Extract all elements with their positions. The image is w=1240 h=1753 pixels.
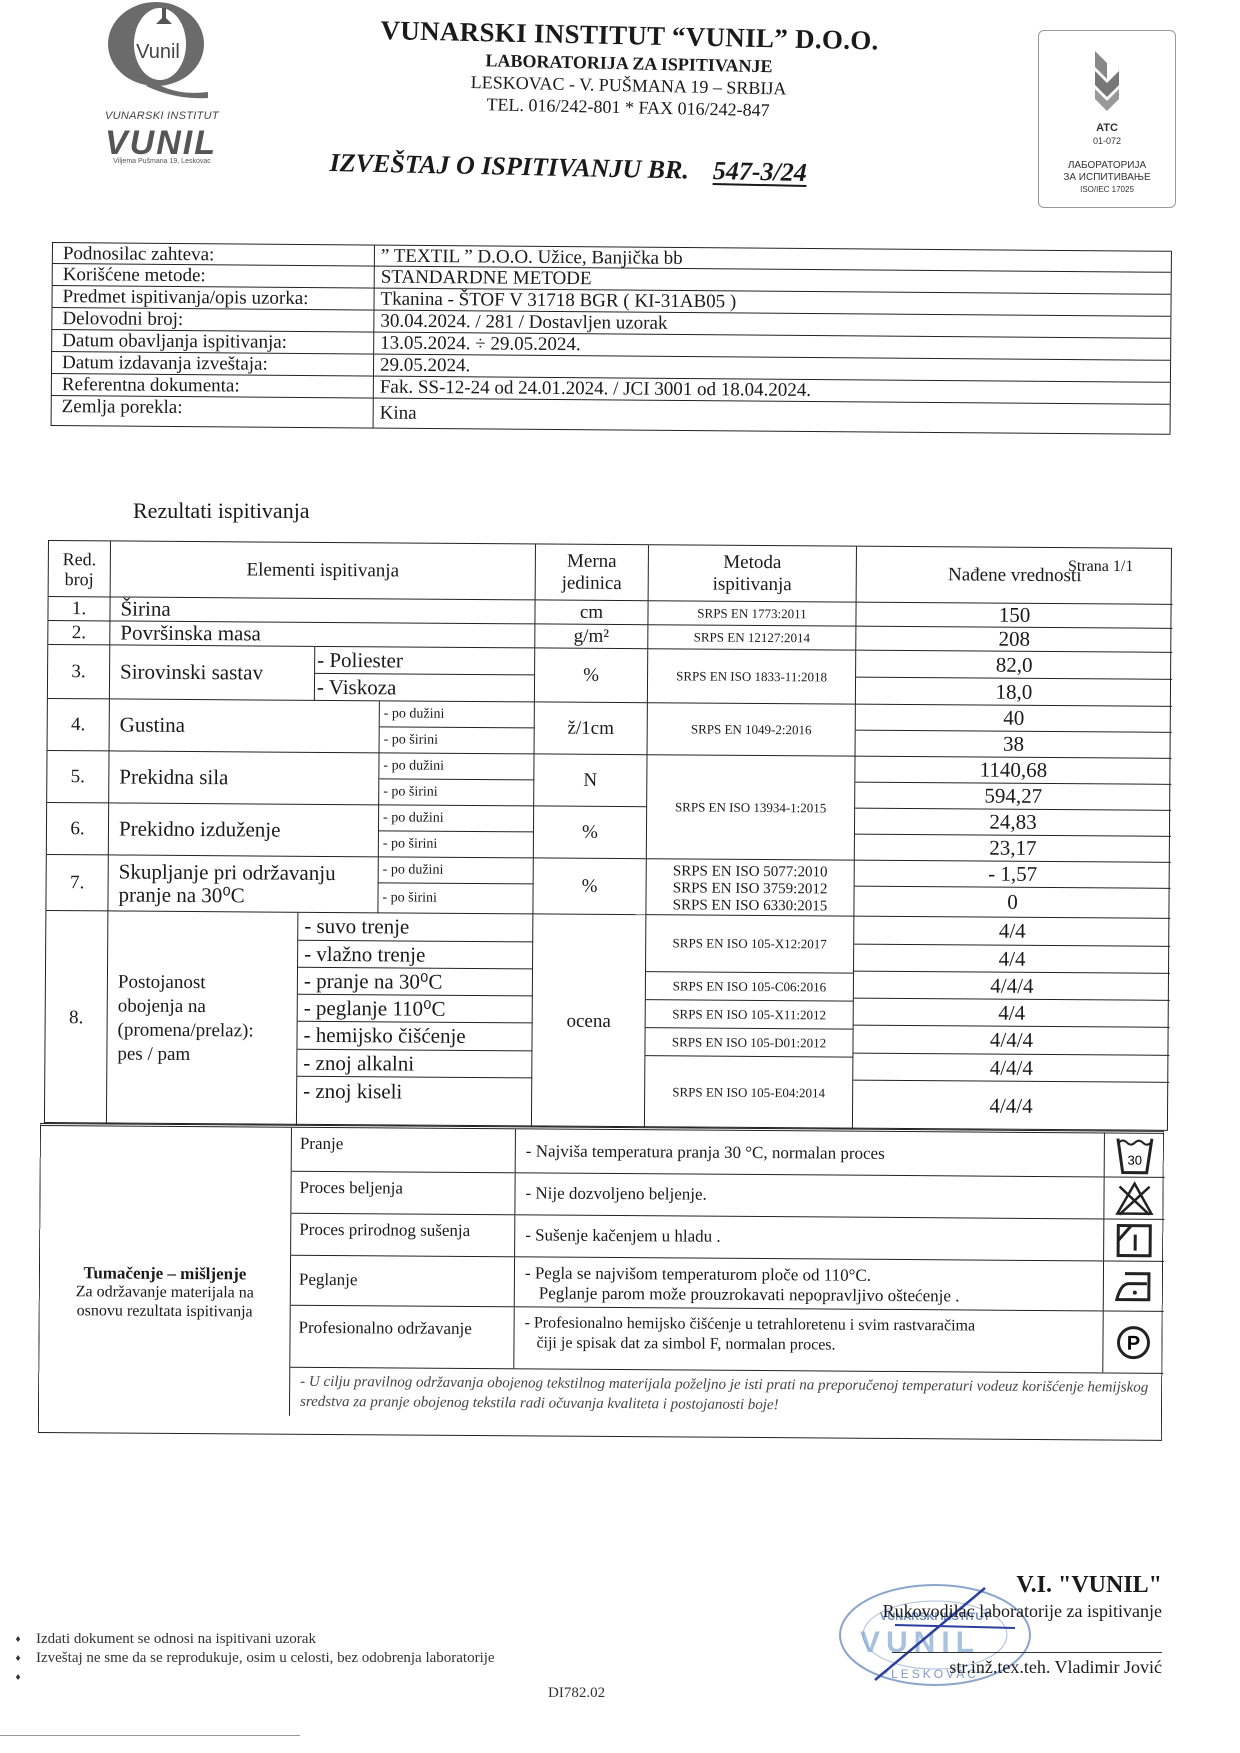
method-cell: SRPS EN 12127:2014 <box>648 625 856 650</box>
value-cell: 208 <box>856 627 1172 653</box>
unit-cell: % <box>535 648 648 703</box>
row-no: 6. <box>47 803 109 855</box>
row-sub: - vlažno trenje <box>298 941 533 970</box>
interpretation-title: Tumačenje – mišljenje <box>84 1263 247 1283</box>
row-sub: - Viskoza <box>315 674 535 703</box>
row-no: 2. <box>48 621 110 645</box>
value-cell: 40 <box>856 705 1172 733</box>
value-cell: 4/4/4 <box>853 1026 1169 1056</box>
signature-org: V.I. "VUNIL" <box>862 1572 1162 1599</box>
row-name: Površinska masa <box>110 621 535 648</box>
row-name: Prekidna sila <box>109 751 379 805</box>
results-table: Red. broj Elementi ispitivanja Merna jed… <box>44 540 1172 1131</box>
row-no: 5. <box>47 751 109 803</box>
request-info-table: Podnosilac zahteva:” TEXTIL ” D.O.O. Uži… <box>51 242 1172 435</box>
header-element: Elementi ispitivanja <box>111 541 536 600</box>
row-sub: - po širini <box>379 831 534 858</box>
value-cell: 0 <box>854 887 1170 919</box>
atc-code: 01-072 <box>1039 136 1175 146</box>
care-text-line: čiji je spisak dat za simbol F, normalan… <box>524 1333 1092 1357</box>
row-sub: - suvo trenje <box>298 913 533 943</box>
value-cell: 24,83 <box>855 809 1171 837</box>
row-sub: - Poliester <box>315 647 535 676</box>
svg-text:P: P <box>1127 1332 1140 1354</box>
atc-standard: ISO/IEC 17025 <box>1039 184 1175 196</box>
line-dry-shade-icon <box>1104 1219 1164 1260</box>
diamond-bullet-icon: ♦ <box>0 1634 36 1645</box>
value-cell: - 1,57 <box>855 861 1171 889</box>
atc-name: ATC <box>1039 122 1175 134</box>
dry-clean-p-icon: P <box>1103 1311 1163 1372</box>
no-bleach-icon <box>1104 1177 1164 1218</box>
info-label: Datum obavljanja ispitivanja: <box>51 330 374 354</box>
method-line: SRPS EN ISO 3759:2012 <box>673 880 828 898</box>
method-cell: SRPS EN ISO 105-C06:2016 <box>646 972 854 1001</box>
header-unit: Merna jedinica <box>536 544 649 601</box>
signature-role: Rukovodilac laboratorije za ispitivanje <box>862 1601 1162 1622</box>
care-label: Profesionalno održavanje <box>289 1306 514 1369</box>
row-name-line: pranje na 30⁰C <box>118 883 244 907</box>
value-cell: 4/4/4 <box>853 1054 1169 1083</box>
organization-header: VUNARSKI INSTITUT “VUNIL” D.O.O. LABORAT… <box>328 14 930 125</box>
footer-note: ♦Izveštaj ne sme da se reprodukuje, osim… <box>0 1649 700 1668</box>
method-cell: SRPS EN 1773:2011 <box>648 601 856 626</box>
report-number: 547-3/24 <box>689 156 811 188</box>
row-name-line: obojenja na <box>118 994 206 1019</box>
method-cell: SRPS EN ISO 5077:2010 SRPS EN ISO 3759:2… <box>646 859 854 916</box>
interpretation-subtitle: osnovu rezultata ispitivanja <box>77 1301 253 1321</box>
unit-cell: % <box>533 858 646 915</box>
row-no: 1. <box>48 597 110 621</box>
row-no: 7. <box>46 855 108 911</box>
unit-cell: ocena <box>532 914 646 1128</box>
unit-cell: N <box>534 754 647 807</box>
row-sub: - po širini <box>380 727 535 754</box>
care-text: - Sušenje kačenjem u hladu . <box>515 1215 1104 1260</box>
row-sub: - po dužini <box>380 701 535 728</box>
logo-address: Viljema Pušmana 19, Leskovac <box>92 158 232 165</box>
header-no: Red. broj <box>49 541 111 597</box>
value-cell: 4/4 <box>854 917 1170 947</box>
header-value: Nađene vrednosti <box>857 547 1173 605</box>
care-label: Proces beljenja <box>290 1172 515 1215</box>
care-text: - Pegla se najvišom temperaturom ploče o… <box>515 1257 1104 1310</box>
unit-cell: g/m² <box>535 624 648 649</box>
row-name-line: (promena/prelaz): <box>117 1018 253 1043</box>
info-label: Referentna dokumenta: <box>51 374 374 398</box>
care-row-professional: Profesionalno održavanje - Profesionalno… <box>289 1306 1163 1374</box>
row-name: Prekidno izduženje <box>109 803 379 857</box>
row-sub: - po širini <box>378 883 533 914</box>
unit-cell: % <box>534 806 647 859</box>
footer-note-text: Izdati dokument se odnosi na ispitivani … <box>36 1631 316 1648</box>
value-cell: 18,0 <box>856 678 1172 707</box>
care-row-drying: Proces prirodnog sušenja - Sušenje kačen… <box>290 1214 1164 1262</box>
care-row-bleaching: Proces beljenja - Nije dozvoljeno beljen… <box>290 1172 1164 1220</box>
unit-cell: cm <box>535 600 648 625</box>
institute-logo-q-icon: Vunil <box>96 0 216 100</box>
atc-lab: ЛАБОРАТОРИЈА ЗА ИСПИТИВАЊЕ ISO/IEC 17025 <box>1039 160 1175 196</box>
row-name: Gustina <box>110 699 380 753</box>
diamond-bullet-icon: ♦ <box>0 1672 36 1683</box>
atc-lab-line1: ЛАБОРАТОРИЈА <box>1039 160 1175 172</box>
info-label: Podnosilac zahteva: <box>52 243 375 266</box>
row-sub: - znoj alkalni <box>297 1050 532 1079</box>
row-sub: - po dužini <box>379 805 534 832</box>
report-title-prefix: IZVEŠTAJ O ISPITIVANJU BR. <box>329 148 689 185</box>
row-name-line: Skupljanje pri održavanju <box>119 860 336 885</box>
value-cell: 4/4 <box>854 945 1170 974</box>
document-code: DI782.02 <box>548 1685 605 1702</box>
method-cell: SRPS EN 1049-2:2016 <box>648 703 856 756</box>
footer-note: ♦Izdati dokument se odnosi na ispitivani… <box>0 1630 700 1649</box>
row-name: Skupljanje pri održavanju pranje na 30⁰C <box>108 855 378 913</box>
interpretation-subtitle: Za održavanje materijala na <box>76 1282 254 1302</box>
svg-text:30: 30 <box>1127 1152 1142 1167</box>
value-cell: 23,17 <box>855 835 1171 863</box>
row-name-line: Postojanost <box>118 970 206 995</box>
row-no: 8. <box>45 911 108 1124</box>
info-label: Delovodni broj: <box>51 308 374 332</box>
method-cell: SRPS EN ISO 105-X11:2012 <box>646 1000 854 1029</box>
signature-block: V.I. "VUNIL" Rukovodilac laboratorije za… <box>862 1572 1162 1678</box>
method-cell: SRPS EN ISO 105-X12:2017 <box>646 915 854 973</box>
signature-name: str.inž.tex.teh. Vladimir Jović <box>862 1657 1162 1678</box>
info-label: Datum izdavanja izveštaja: <box>51 352 374 376</box>
row-sub: - po dužini <box>379 857 534 884</box>
method-line: SRPS EN ISO 6330:2015 <box>673 897 828 915</box>
value-cell: 82,0 <box>856 651 1172 680</box>
row-sub: - hemijsko čišćenje <box>297 1022 532 1052</box>
info-label: Zemlja porekla: <box>51 396 374 428</box>
row-sub: - znoj kiseli <box>297 1077 532 1128</box>
value-cell: 1140,68 <box>855 757 1171 785</box>
method-cell: SRPS EN ISO 105-E04:2014 <box>645 1056 853 1129</box>
row-sub: - po širini <box>379 779 534 806</box>
info-label: Korišćene metode: <box>52 264 375 288</box>
results-title: Rezultati ispitivanja <box>133 498 310 524</box>
value-cell: 4/4/4 <box>853 1081 1169 1132</box>
care-text: - Profesionalno hemijsko čišćenje u tetr… <box>514 1307 1103 1372</box>
row-name: Širina <box>110 597 535 624</box>
accreditation-badge: ATC 01-072 ЛАБОРАТОРИЈА ЗА ИСПИТИВАЊЕ IS… <box>1038 30 1176 208</box>
value-cell: 150 <box>856 603 1172 629</box>
signature-line <box>892 1652 1162 1653</box>
diamond-bullet-icon: ♦ <box>0 1653 36 1664</box>
care-row-washing: Pranje - Najviša temperatura pranja 30 °… <box>291 1128 1165 1178</box>
info-value: Kina <box>374 399 1171 434</box>
interpretation-heading: Tumačenje – mišljenje Za održavanje mate… <box>39 1126 291 1368</box>
footer-notes: ♦Izdati dokument se odnosi na ispitivani… <box>0 1630 700 1687</box>
method-cell: SRPS EN ISO 13934-1:2015 <box>647 755 856 860</box>
care-text-line: Peglanje parom može prouzrokavati nepopr… <box>525 1283 1093 1307</box>
row-no: 3. <box>48 645 110 699</box>
unit-cell: ž/1cm <box>535 702 648 755</box>
interpretation-block: Tumačenje – mišljenje Za održavanje mate… <box>38 1123 1164 1441</box>
iron-low-icon <box>1104 1261 1164 1310</box>
header-method: Metoda ispitivanja <box>649 545 857 602</box>
care-label: Pranje <box>291 1128 516 1173</box>
method-cell: SRPS EN ISO 105-D01:2012 <box>645 1028 853 1057</box>
row-sub: - pranje na 30⁰C <box>298 968 533 997</box>
atc-logo-icon <box>1087 51 1127 111</box>
row-name: Postojanost obojenja na (promena/prelaz)… <box>107 911 298 1125</box>
value-cell: 4/4/4 <box>854 972 1170 1001</box>
value-cell: 4/4 <box>854 999 1170 1028</box>
report-title: IZVEŠTAJ O ISPITIVANJU BR.547-3/24 <box>329 148 811 188</box>
care-text: - Nije dozvoljeno beljenje. <box>515 1173 1104 1218</box>
row-name-line: pes / pam <box>117 1042 190 1067</box>
method-line: SRPS EN ISO 5077:2010 <box>673 863 828 881</box>
care-text: - Najviša temperatura pranja 30 °C, norm… <box>516 1129 1105 1176</box>
method-cell: SRPS EN ISO 1833-11:2018 <box>648 649 856 704</box>
footer-divider <box>0 1735 300 1736</box>
atc-lab-line2: ЗА ИСПИТИВАЊЕ <box>1039 172 1175 184</box>
wash-30-icon: 30 <box>1105 1133 1165 1176</box>
care-label: Proces prirodnog sušenja <box>290 1214 515 1257</box>
care-note: - U cilju pravilnog održavanja obojenog … <box>289 1368 1163 1422</box>
footer-note-text: Izveštaj ne sme da se reprodukuje, osim … <box>36 1650 495 1667</box>
info-label: Predmet ispitivanja/opis uzorka: <box>51 286 374 310</box>
row-sub: - po dužini <box>379 753 534 780</box>
care-row-ironing: Peglanje - Pegla se najvišom temperaturo… <box>290 1256 1164 1312</box>
value-cell: 594,27 <box>855 783 1171 811</box>
row-sub: - peglanje 110⁰C <box>298 995 533 1024</box>
care-label: Peglanje <box>290 1256 515 1307</box>
row-name: Sirovinski sastav <box>110 645 315 700</box>
logo-caption: VUNARSKI INSTITUT <box>92 110 232 122</box>
row-no: 4. <box>48 699 110 751</box>
svg-text:Vunil: Vunil <box>136 41 180 63</box>
value-cell: 38 <box>856 731 1172 759</box>
